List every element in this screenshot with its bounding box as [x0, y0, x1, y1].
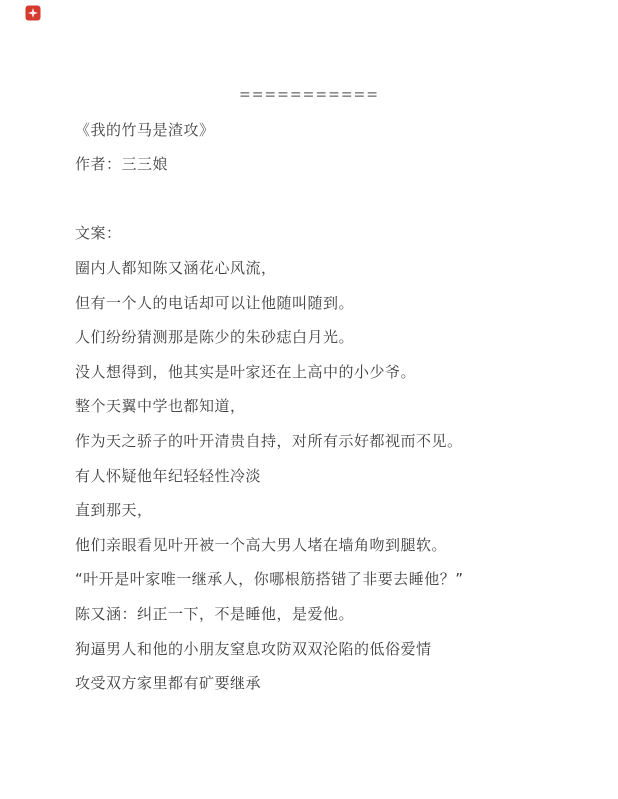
section-label: 文案：: [0, 216, 618, 251]
synopsis-line: 没人想得到，他其实是叶家还在上高中的小少爷。: [0, 355, 618, 390]
synopsis-line: 作为天之骄子的叶开清贵自持，对所有示好都视而不见。: [0, 424, 618, 459]
book-title: 《我的竹马是渣攻》: [0, 113, 618, 148]
synopsis-line: 人们纷纷猜测那是陈少的朱砂痣白月光。: [0, 320, 618, 355]
synopsis-line: 狗逼男人和他的小朋友窒息攻防双双沦陷的低俗爱情: [0, 632, 618, 667]
synopsis-line: 圈内人都知陈又涵花心风流，: [0, 251, 618, 286]
synopsis-line: 陈又涵：纠正一下，不是睡他，是爱他。: [0, 597, 618, 632]
synopsis-line: 直到那天，: [0, 493, 618, 528]
synopsis-line: 整个天翼中学也都知道，: [0, 389, 618, 424]
red-sticker-icon: [25, 5, 41, 21]
separator-line: ===========: [0, 78, 618, 113]
blank-line: [0, 182, 618, 217]
document-body: =========== 《我的竹马是渣攻》 作者：三三娘 文案： 圈内人都知陈又…: [0, 0, 618, 701]
synopsis-line: 有人怀疑他年纪轻轻性冷淡: [0, 459, 618, 494]
document-page: =========== 《我的竹马是渣攻》 作者：三三娘 文案： 圈内人都知陈又…: [0, 0, 618, 799]
synopsis-line: “叶开是叶家唯一继承人，你哪根筋搭错了非要去睡他？”: [0, 562, 618, 597]
synopsis-line: 但有一个人的电话却可以让他随叫随到。: [0, 286, 618, 321]
author-line: 作者：三三娘: [0, 147, 618, 182]
synopsis-line: 攻受双方家里都有矿要继承: [0, 666, 618, 701]
synopsis-line: 他们亲眼看见叶开被一个高大男人堵在墙角吻到腿软。: [0, 528, 618, 563]
